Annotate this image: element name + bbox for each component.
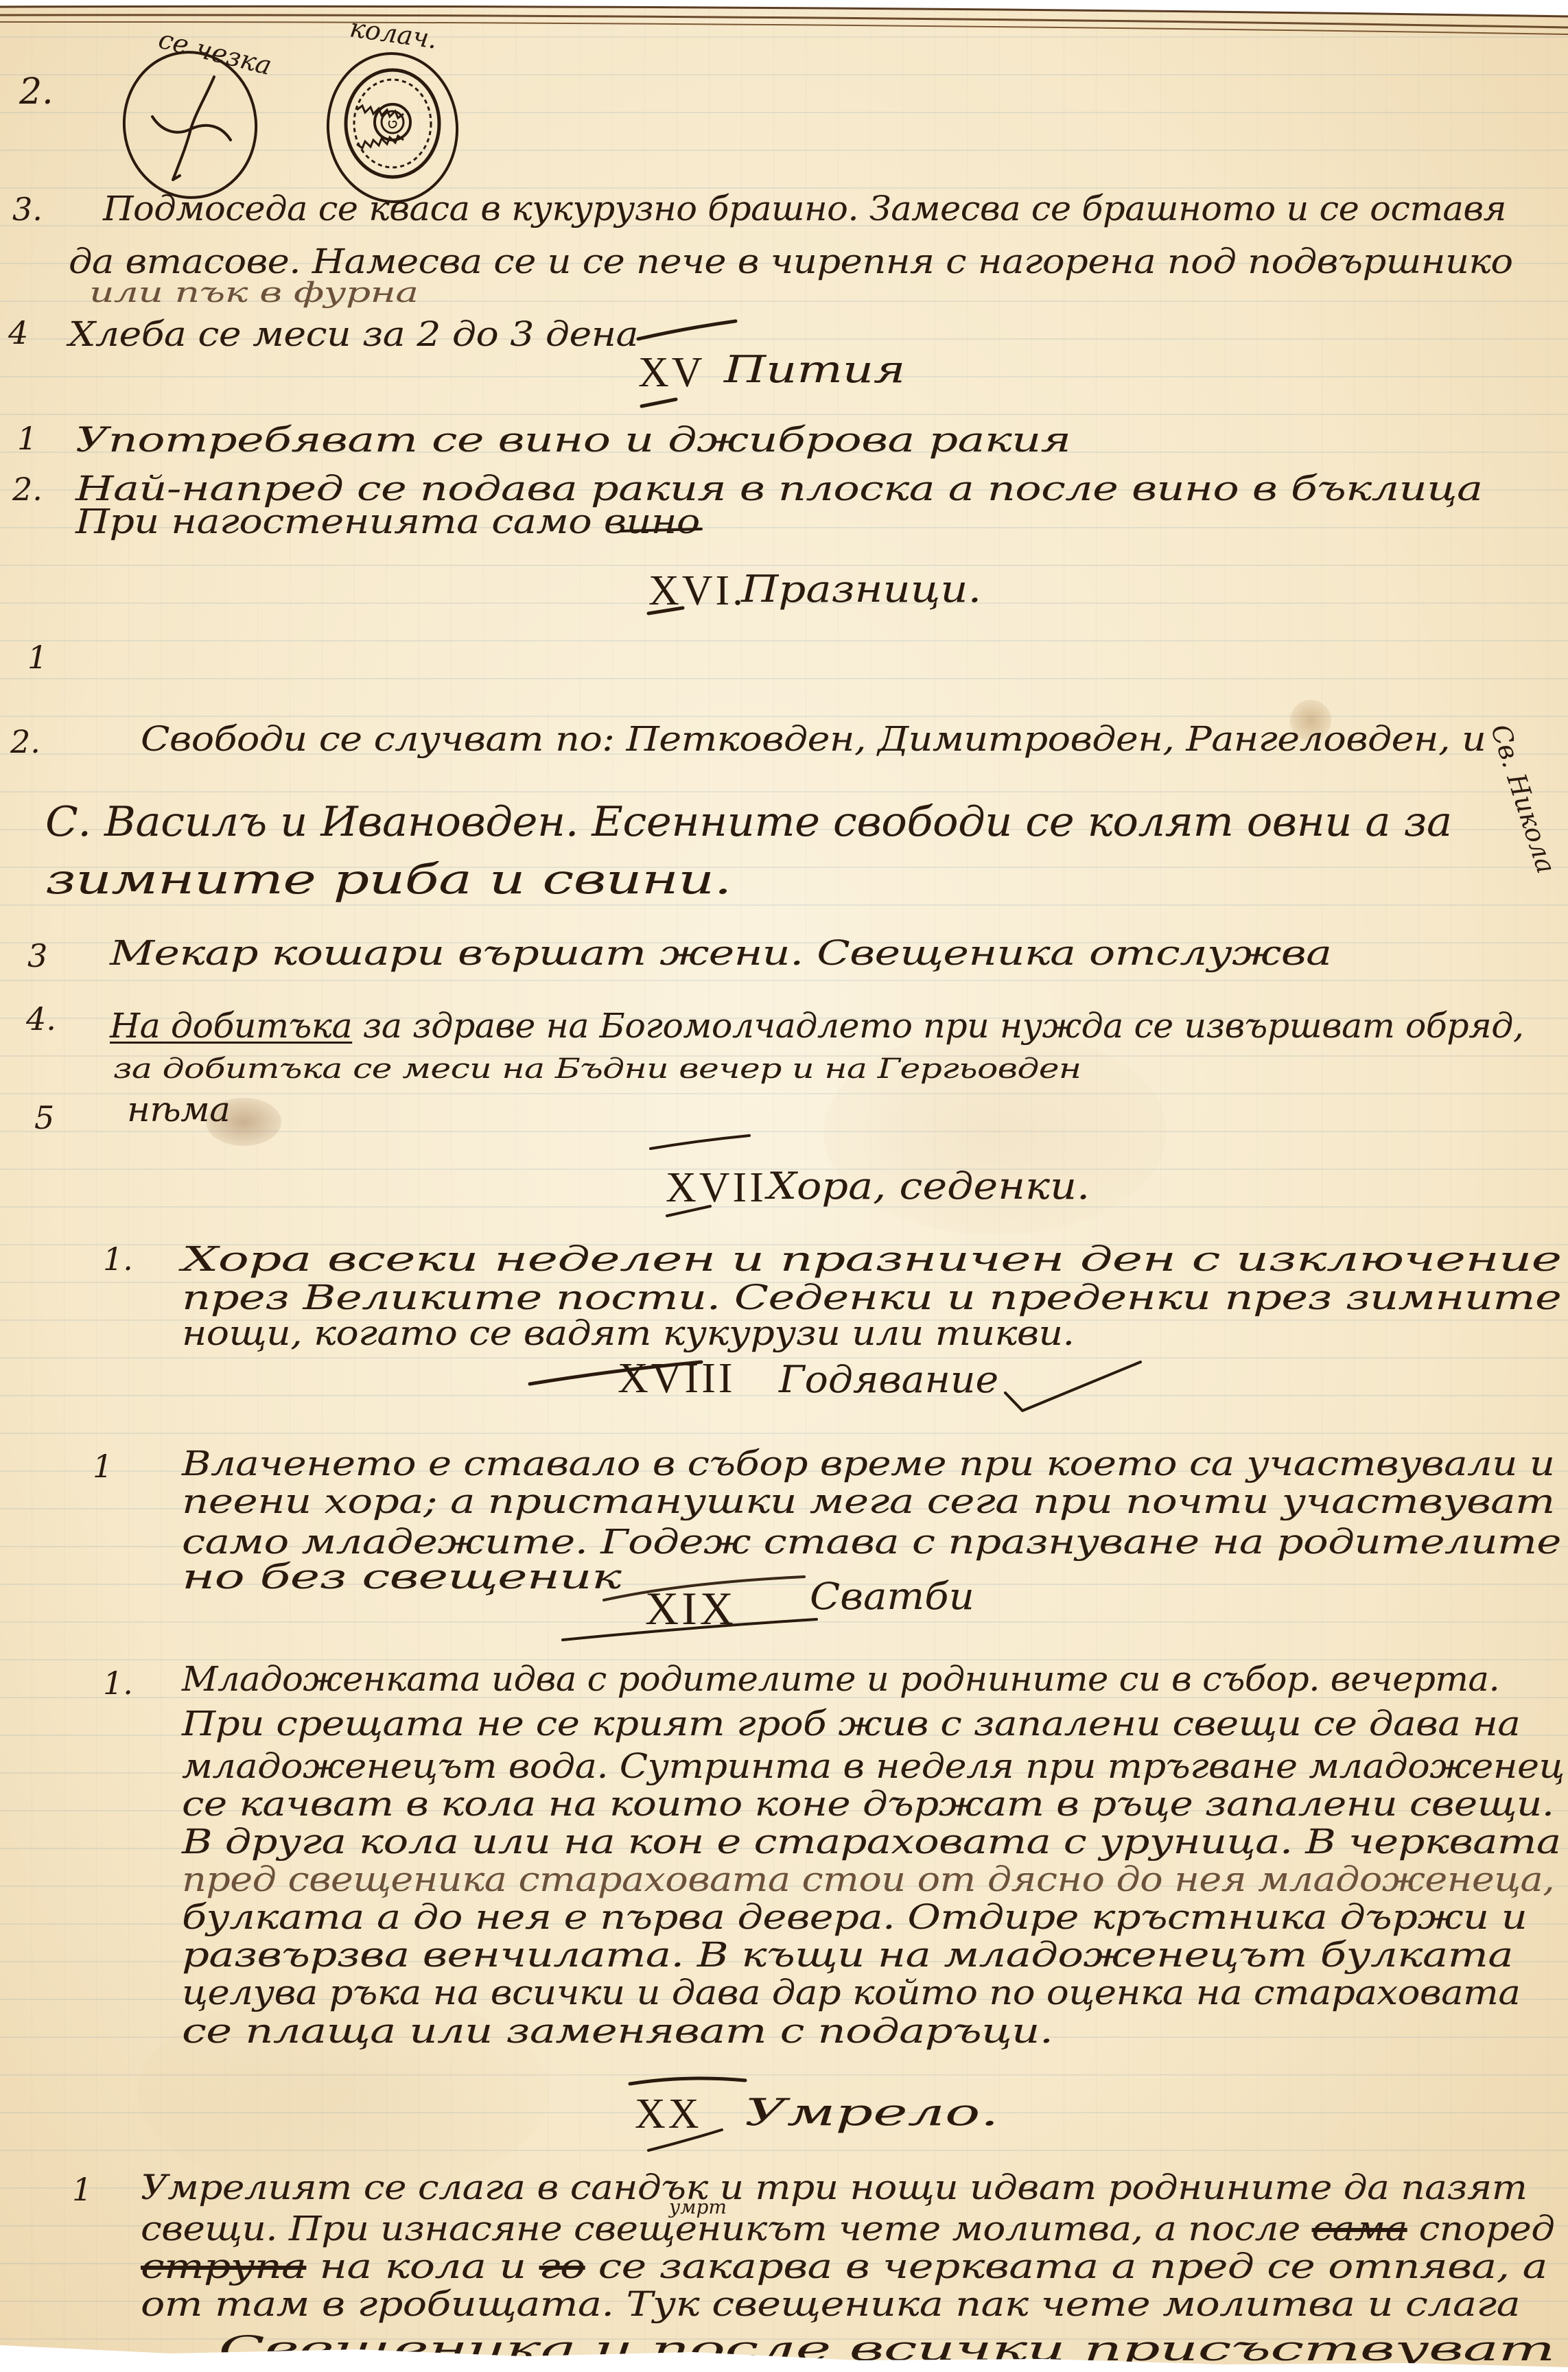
text-line: Най-напред се подава ракия в плоска а по…	[75, 471, 1482, 506]
text-segment: на кола и	[306, 2246, 539, 2286]
text-line: нощи, когато се вадят кукурузи или тикви…	[182, 1316, 1074, 1350]
text-line: за добитъка се меси на Бъдни вечер и на …	[113, 1055, 1081, 1083]
text-line: В друга кола или на кон е стараховата с …	[182, 1824, 1561, 1859]
item-number: 3	[27, 940, 47, 972]
item-number: 4	[8, 317, 28, 349]
text-line: пред свещеника стараховата стои от дясно…	[182, 1862, 1554, 1897]
kolach-bread-sketch-icon	[0, 0, 522, 220]
text-line: Подмоседа се кваса в кукурузно брашно. З…	[103, 191, 1506, 226]
section-numeral: XVIII	[618, 1357, 736, 1400]
struck-word: го	[539, 2246, 585, 2286]
text-line: … Свещеника и после всички присъствуват	[141, 2332, 1555, 2366]
text-line: булката а до нея е първа девера. Отдире …	[182, 1900, 1527, 1934]
text-line: Умрелият се слага в сандък и три нощи ид…	[141, 2170, 1527, 2205]
sketch-label-right: колач.	[348, 12, 439, 54]
text-line: струпа на кола и го се закарва в черкват…	[141, 2249, 1547, 2283]
text-line: през Великите пости. Седенки и преденки …	[182, 1280, 1561, 1315]
section-title: Сватби	[810, 1578, 974, 1615]
sun-cross-sketch-icon	[0, 0, 522, 220]
section-numeral: XX	[635, 2093, 702, 2135]
text-line: Свободи се случват по: Петковден, Димитр…	[141, 722, 1486, 756]
text-line: С. Василъ и Ивановден. Есенните свободи …	[45, 801, 1452, 843]
page-edge-line	[0, 15, 1568, 27]
sketch-label-left: се чезка	[156, 24, 275, 81]
section-title: Пития	[724, 351, 905, 388]
text-line: пеени хора; а пристанушки мега сега при …	[182, 1484, 1555, 1518]
text-segment: свещи. При изнасяне свещеникът чете моли…	[141, 2209, 1312, 2248]
underlined-phrase: На добитъка	[110, 1006, 352, 1046]
section-numeral: XVI.	[648, 569, 746, 612]
item-number: 1.	[103, 1667, 133, 1699]
text-line: се качват в кола на които коне държат в …	[182, 1787, 1554, 1821]
text-segment: според	[1407, 2209, 1555, 2248]
item-number: 1	[93, 1451, 113, 1482]
text-line: развързва венчилата. В къщи на младожене…	[182, 1938, 1513, 1972]
page-edge-line	[0, 6, 1568, 16]
section-numeral: XV	[638, 351, 705, 394]
struck-word: сама	[1312, 2209, 1407, 2248]
text-line: целува ръка на всички и дава дар който п…	[182, 1975, 1520, 2010]
checkmark-stroke	[1005, 1362, 1140, 1411]
item-number: 1	[27, 642, 47, 673]
text-line: Младоженката идва с родителите и роднини…	[182, 1662, 1499, 1696]
section-numeral: XIX	[645, 1585, 736, 1632]
text-line: Употребяват се вино и джиброва ракия	[75, 423, 1070, 457]
heading-overline-stroke	[651, 1136, 749, 1149]
heading-overline-stroke	[638, 321, 736, 339]
text-segment: за здраве на Богомолчадлето при нужда се…	[352, 1006, 1523, 1046]
item-number: 2.	[19, 74, 54, 110]
text-line: На добитъка за здраве на Богомолчадлето …	[110, 1009, 1523, 1043]
text-segment: се закарва в черквата а пред се отпява, …	[585, 2246, 1547, 2286]
text-line: младоженецът вода. Сутринта в неделя при…	[182, 1749, 1565, 1783]
text-line: се плаща или заменяват с подаръци.	[182, 2014, 1053, 2048]
text-line: Хлеба се меси за 2 до 3 дена	[69, 317, 638, 351]
text-line: да втасове. Намесва се и се пече в чиреп…	[69, 244, 1513, 279]
page-edge-line	[0, 22, 1568, 34]
heading-overline-stroke	[630, 2078, 745, 2084]
text-line: нѣма	[127, 1092, 230, 1127]
text-line: При нагостенията само вино	[75, 504, 700, 539]
text-line: Хора всеки неделен и празничен ден с изк…	[182, 1242, 1561, 1276]
text-line: При срещата не се крият гроб жив с запал…	[182, 1706, 1520, 1741]
text-line: свещи. При изнасяне свещеникът чете моли…	[141, 2211, 1554, 2246]
item-number: 1.	[103, 1243, 133, 1275]
text-line: или пък в фурна	[89, 279, 418, 307]
section-title: Хора, седенки.	[767, 1168, 1090, 1205]
section-title: Празници.	[741, 571, 981, 608]
heading-underline-stroke	[642, 399, 676, 406]
page-top-white-edge	[0, 0, 1568, 15]
item-number: 1	[17, 423, 37, 454]
text-line: Влаченето е ставало в събор време при ко…	[182, 1446, 1554, 1481]
section-numeral: XVII	[666, 1166, 767, 1209]
struck-word: струпа	[141, 2246, 306, 2286]
text-line: от там в гробищата. Тук свещеника пак че…	[141, 2287, 1520, 2321]
section-title: Годявание	[779, 1361, 998, 1398]
item-number: 2.	[12, 473, 43, 505]
text-line: зимните риба и свини.	[45, 859, 732, 900]
item-number: 3.	[12, 193, 43, 225]
item-number: 1	[72, 2174, 92, 2205]
text-line: Мекар кошари вършат жени. Свещеника отсл…	[110, 936, 1331, 970]
item-number: 2.	[10, 726, 40, 758]
margin-note: Св. Никола	[1485, 720, 1561, 877]
text-line: само младежите. Годеж става с празнуване…	[182, 1525, 1561, 1559]
item-number: 5	[34, 1102, 54, 1134]
manuscript-page: 2. се чезка колач. 3. Подмоседа се кваса…	[0, 0, 1568, 2372]
section-title: Умрело.	[745, 2094, 999, 2131]
item-number: 4.	[26, 1003, 56, 1035]
text-line: но без свещеник	[182, 1560, 621, 1594]
